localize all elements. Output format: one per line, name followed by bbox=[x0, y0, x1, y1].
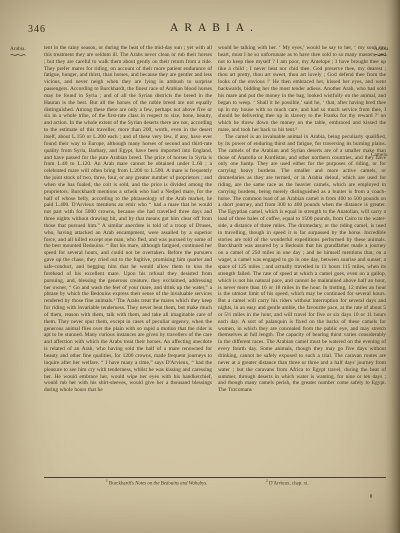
margin-note-arabia-left: Arabia. bbox=[10, 46, 26, 59]
right-column-paragraph-1: would be talking with her. ‘ My eyes,’ w… bbox=[218, 45, 386, 134]
footnotes: 1 Burckhardt's Notes on the Bedouins and… bbox=[44, 481, 386, 487]
book-page: 346 ARABIA. Arabia. Arabia. Camels. tent… bbox=[0, 0, 400, 533]
text-block: tent in the rainy season, or during the … bbox=[44, 45, 386, 394]
right-column: would be talking with her. ‘ My eyes,’ w… bbox=[218, 45, 386, 394]
footnote-1-author: Burckhardt's bbox=[109, 482, 134, 487]
footnote-2-text: D'Arvieux, chap. xi. bbox=[269, 482, 309, 487]
scan-speck bbox=[370, 494, 372, 498]
running-header: 346 ARABIA. bbox=[44, 22, 385, 38]
left-column-text: tent in the rainy season, or during the … bbox=[44, 45, 212, 394]
margin-note-label: Arabia. bbox=[10, 46, 26, 52]
footnote-2: 2 D'Arvieux, chap. xi. bbox=[266, 481, 386, 487]
page-edge-shadow bbox=[385, 0, 400, 533]
flourish-icon bbox=[10, 53, 26, 59]
footnote-1-title: Notes on the Bedouins and Wahabys. bbox=[135, 482, 207, 487]
page-title: ARABIA. bbox=[44, 22, 385, 34]
footnote-2-marker: 2 bbox=[266, 479, 268, 483]
footnote-rule bbox=[44, 477, 386, 478]
footnote-1: 1 Burckhardt's Notes on the Bedouins and… bbox=[106, 481, 226, 487]
left-column: tent in the rainy season, or during the … bbox=[44, 45, 212, 394]
right-column-paragraph-2: The camel is an invaluable animal in Ara… bbox=[218, 134, 386, 394]
footnote-1-marker: 1 bbox=[106, 479, 108, 483]
